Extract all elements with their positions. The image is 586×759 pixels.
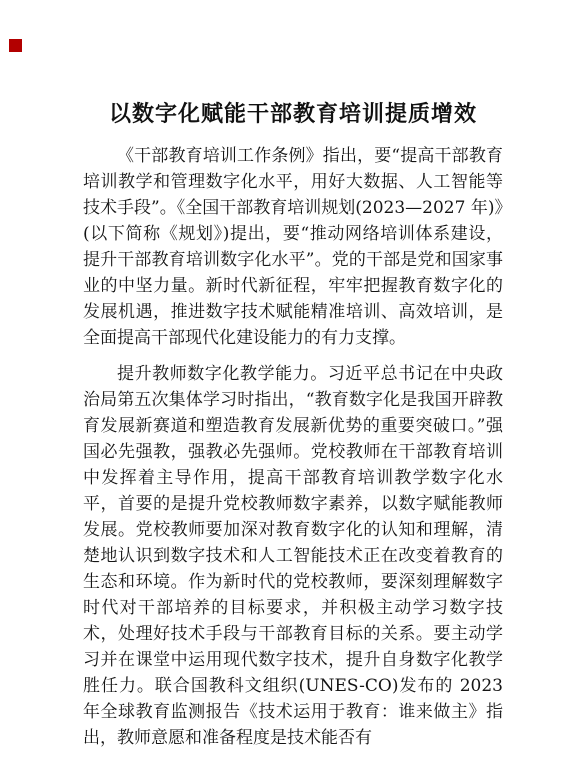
red-square-marker [9,39,22,52]
document-body: 《干部教育培训工作条例》指出，要“提高干部教育培训教学和管理数字化水平，用好大数… [0,143,586,751]
document-page: 以数字化赋能干部教育培训提质增效 《干部教育培训工作条例》指出，要“提高干部教育… [0,0,586,759]
page-title: 以数字化赋能干部教育培训提质增效 [0,0,586,128]
paragraph: 《干部教育培训工作条例》指出，要“提高干部教育培训教学和管理数字化水平，用好大数… [83,143,503,351]
paragraph: 提升教师数字化教学能力。习近平总书记在中央政治局第五次集体学习时指出，“教育数字… [83,361,503,751]
